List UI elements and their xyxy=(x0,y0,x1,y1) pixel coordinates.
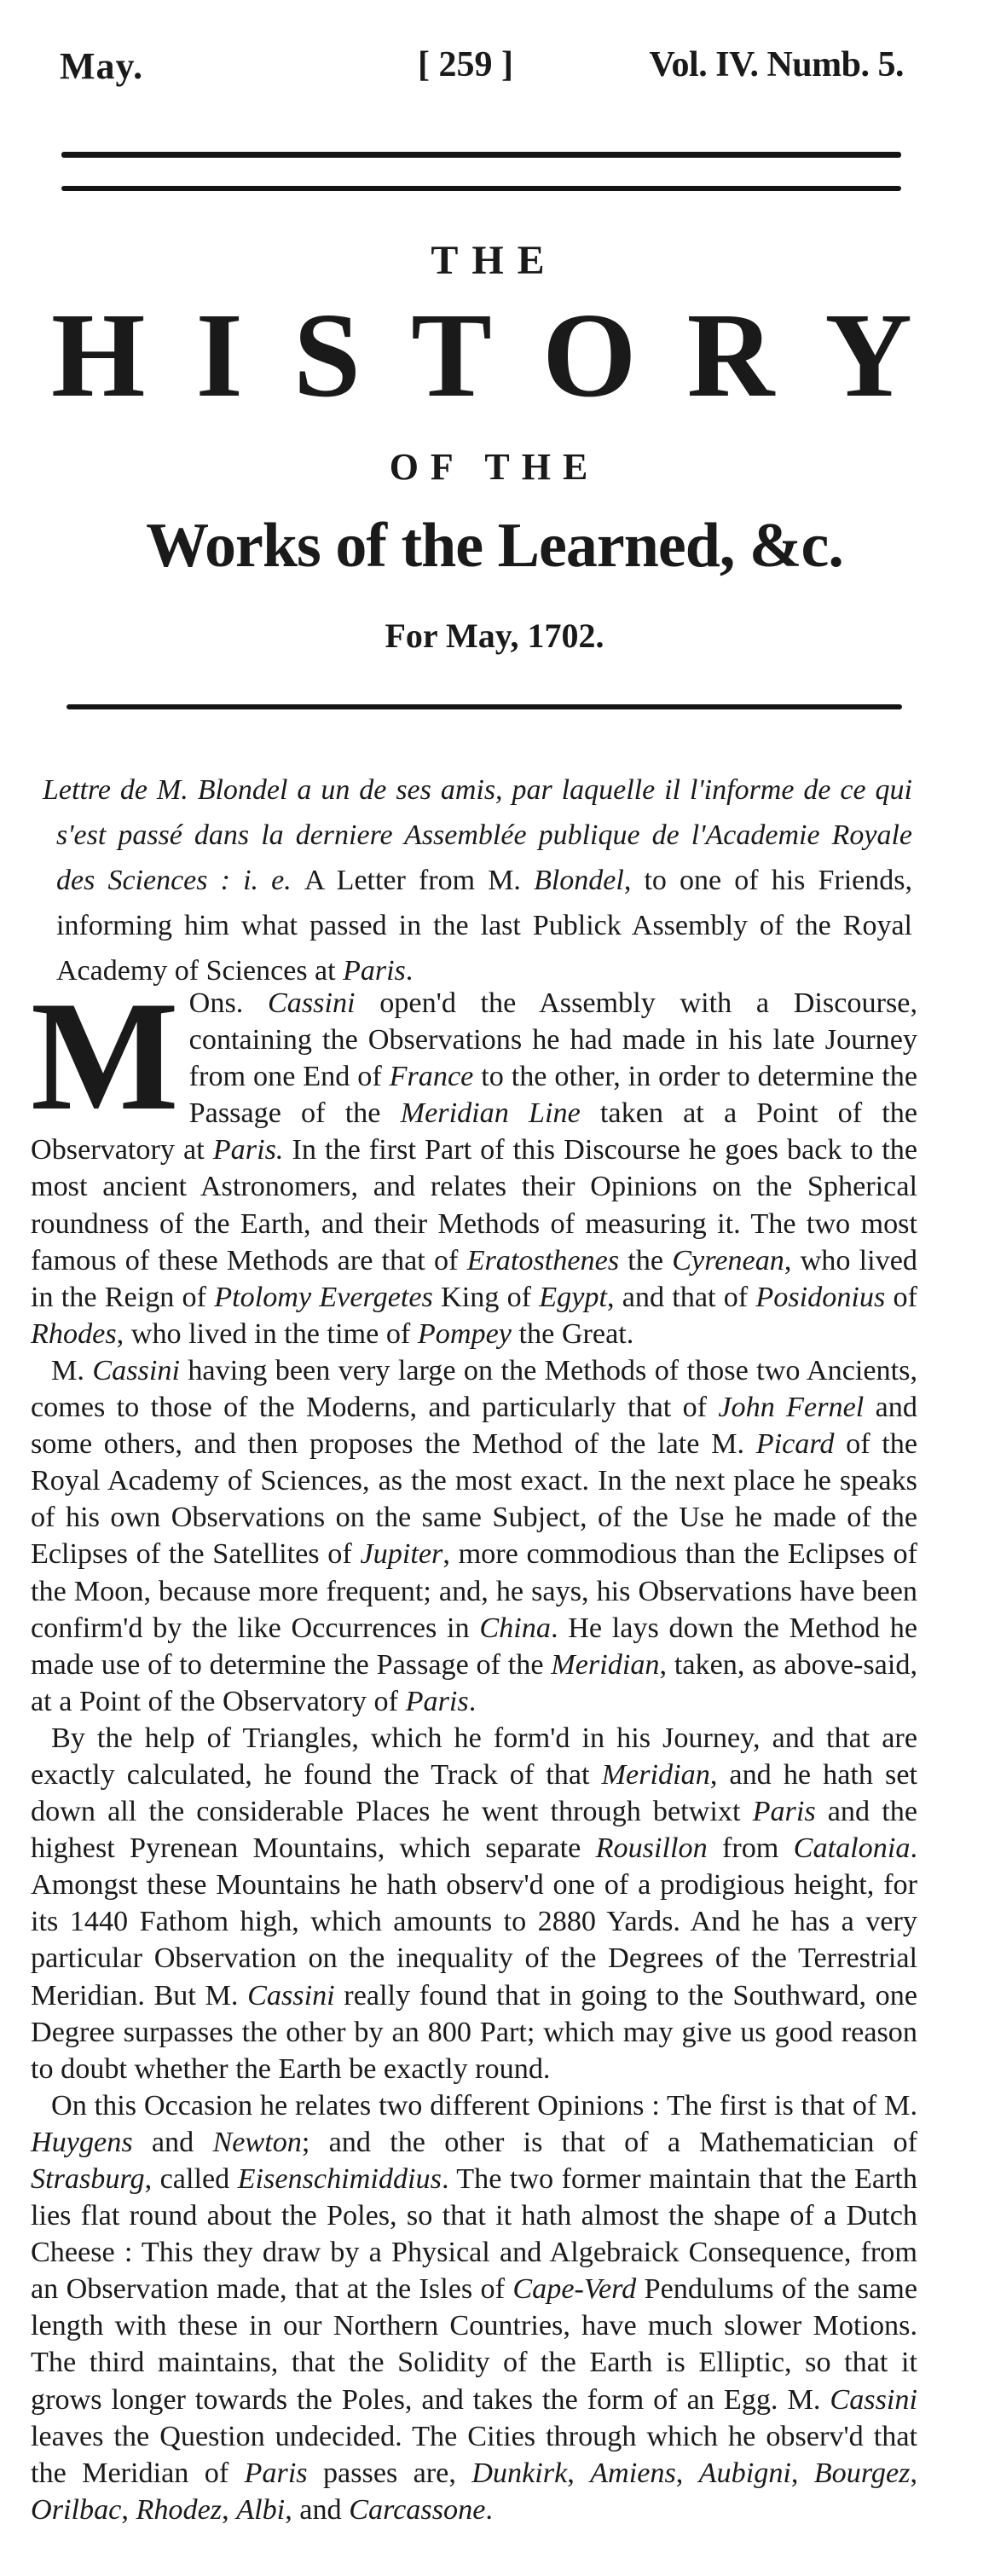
title-works-of-the-learned: Works of the Learned, &c. xyxy=(0,510,989,582)
abstract-name: Blondel xyxy=(534,865,624,896)
italic-run: Cassini xyxy=(92,1355,180,1386)
italic-run: John Fernel xyxy=(718,1392,864,1423)
running-head-month: May. xyxy=(60,44,143,88)
italic-run: Rhodez xyxy=(136,2494,222,2526)
italic-run: Catalonia xyxy=(794,1832,911,1864)
title-letter: Y xyxy=(824,294,912,415)
text-run: the xyxy=(619,1245,672,1276)
text-run: King of xyxy=(433,1282,539,1313)
text-run: On this Occasion he relates two differen… xyxy=(51,2090,917,2122)
text-run: . xyxy=(469,1686,477,1717)
italic-run: Bourgez xyxy=(814,2457,911,2489)
italic-run: Rhodes xyxy=(31,1318,117,1350)
body-paragraph: On this Occasion he relates two differen… xyxy=(31,2087,917,2528)
title-letter: R xyxy=(687,294,775,415)
title-history: H I S T O R Y xyxy=(51,294,912,415)
text-run: , and xyxy=(285,2494,349,2526)
text-run: and xyxy=(133,2127,213,2158)
text-run: of xyxy=(885,1282,917,1313)
text-run: ; and the other is that of a Mathematici… xyxy=(302,2127,917,2158)
italic-run: France xyxy=(390,1061,474,1092)
header-rule-top xyxy=(61,152,901,158)
italic-run: Paris xyxy=(406,1686,469,1717)
italic-run: China xyxy=(479,1612,551,1644)
italic-run: Carcassone xyxy=(349,2494,485,2526)
italic-run: Amiens xyxy=(590,2457,676,2489)
title-letter: S xyxy=(293,294,361,415)
title-of-the: OF THE xyxy=(0,445,989,489)
title-the: THE xyxy=(0,237,989,284)
italic-run: Cassini xyxy=(830,2384,917,2416)
italic-run: Huygens xyxy=(31,2127,133,2158)
text-run: , xyxy=(121,2494,136,2526)
text-run: from xyxy=(708,1832,794,1864)
drop-cap: M xyxy=(31,992,179,1128)
header-rule-bottom xyxy=(61,186,901,191)
title-letter: H xyxy=(51,294,145,415)
page-number: [ 259 ] xyxy=(418,44,513,85)
text-run: the Great. xyxy=(512,1318,633,1350)
italic-run: Cassini xyxy=(247,1980,335,2012)
text-run: , who lived in the time of xyxy=(117,1318,418,1350)
abstract-english: A Letter from M. xyxy=(304,865,534,896)
italic-run: Dunkirk xyxy=(471,2457,567,2489)
body-paragraph: M. Cassini having been very large on the… xyxy=(31,1352,917,1720)
title-letter: T xyxy=(411,294,492,415)
text-run: , xyxy=(910,2457,917,2489)
italic-run: Aubigni xyxy=(699,2457,791,2489)
volume-number: Vol. IV. Numb. 5. xyxy=(650,44,904,85)
abstract-end: . xyxy=(406,955,414,987)
italic-run: Egypt xyxy=(539,1282,607,1313)
italic-run: Cape-Verd xyxy=(512,2273,636,2305)
article-body: M Ons. Cassini open'd the Assembly with … xyxy=(31,985,917,2528)
italic-run: Meridian xyxy=(551,1649,659,1681)
italic-run: Cassini xyxy=(268,987,356,1019)
italic-run: Picard xyxy=(756,1428,835,1460)
italic-run: Orilbac xyxy=(31,2494,121,2526)
abstract-place: Paris xyxy=(343,955,406,987)
italic-run: Cyrenean xyxy=(672,1245,784,1276)
title-letter: I xyxy=(196,294,243,415)
text-run: Ons. xyxy=(189,987,268,1019)
text-run: , and that of xyxy=(607,1282,755,1313)
italic-run: Jupiter xyxy=(360,1538,442,1570)
text-run: , xyxy=(222,2494,236,2526)
journal-page: May. [ 259 ] Vol. IV. Numb. 5. THE H I S… xyxy=(0,0,989,2576)
italic-run: Newton xyxy=(212,2127,301,2158)
text-run: , xyxy=(567,2457,590,2489)
text-run: M. xyxy=(51,1355,92,1386)
italic-run: Posidonius xyxy=(755,1282,885,1313)
running-head: May. [ 259 ] Vol. IV. Numb. 5. xyxy=(60,44,904,87)
abstract-ie: i. e. xyxy=(230,865,304,896)
italic-run: Ptolomy Evergetes xyxy=(214,1282,433,1313)
body-paragraph: By the help of Triangles, which he form'… xyxy=(31,1720,917,2087)
article-abstract: Lettre de M. Blondel a un de ses amis, p… xyxy=(43,767,912,993)
title-rule xyxy=(67,704,902,709)
title-letter: O xyxy=(542,294,636,415)
italic-run: Paris xyxy=(753,1796,816,1827)
italic-run: Albi xyxy=(236,2494,285,2526)
text-run: passes are, xyxy=(308,2457,472,2489)
text-run: , called xyxy=(145,2163,238,2195)
italic-run: Meridian xyxy=(602,1759,710,1791)
italic-run: Pompey xyxy=(418,1318,512,1350)
italic-run: Paris xyxy=(245,2457,308,2489)
italic-run: Strasburg xyxy=(31,2163,145,2195)
issue-date: For May, 1702. xyxy=(0,616,989,656)
italic-run: Paris. xyxy=(213,1134,284,1166)
italic-run: Rousillon xyxy=(596,1832,708,1864)
text-run: . xyxy=(485,2494,493,2526)
text-run: , xyxy=(676,2457,699,2489)
italic-run: Eratosthenes xyxy=(467,1245,620,1276)
italic-run: Meridian Line xyxy=(401,1097,581,1129)
italic-run: Eisenschimiddius xyxy=(238,2163,442,2195)
text-run: , xyxy=(791,2457,814,2489)
